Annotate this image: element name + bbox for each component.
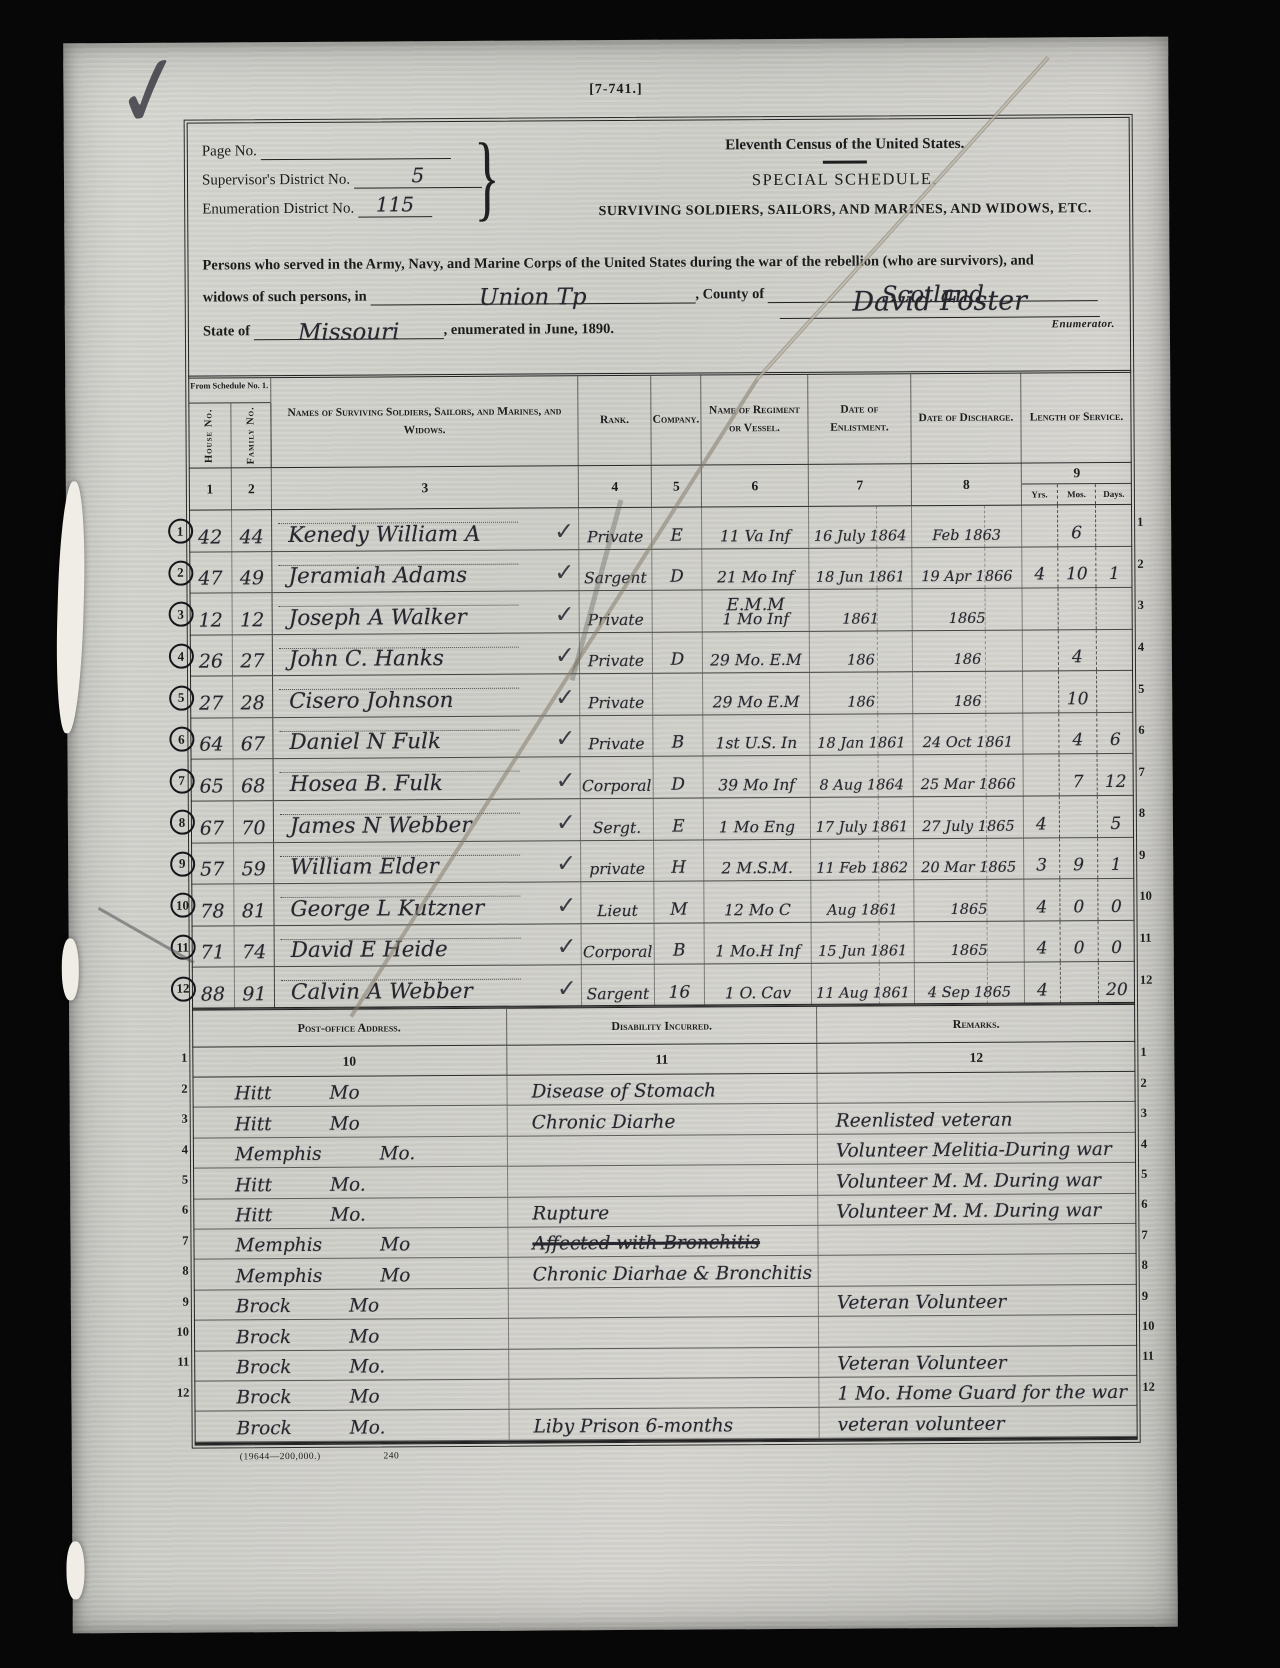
row-circle-number: 10 [170,893,195,918]
enlistment-cell: 8 Aug 1864 [811,756,914,797]
disability-text: Chronic Diarhae & Bronchitis [533,1263,813,1286]
table-body: 42 44 Kenedy William A ✓ Private E 11 Va… [189,505,1135,1010]
post-office-cell: Hitt Mo. [193,1167,508,1198]
months-cell [1061,962,1099,1003]
col-num-5: 5 [652,465,702,506]
company-cell: D [653,632,703,673]
rank-cell: Sergt. [581,799,654,840]
days-cell [1097,588,1133,629]
family-no-cell: 59 [234,843,274,884]
row-circle-number: 1 [168,519,193,544]
post-office-cell: Hitt Mo. [193,1197,508,1228]
company-header: Company. [651,375,702,464]
post-office-cell: Memphis Mo [193,1228,508,1259]
enlistment-cell: Aug 1861 [811,880,914,921]
years-cell: 3 [1024,838,1060,879]
row-number: 9 [1139,834,1161,876]
name-cell: Calvin A Webber ✓ [275,966,582,1008]
years-cell: 4 [1024,880,1060,921]
family-no-cell: 67 [233,718,273,759]
name-cell: George L Kutzner ✓ [274,882,581,924]
name-cell: James N Webber ✓ [274,799,581,841]
soldier-name: Calvin A Webber [291,979,473,1005]
regiment-value: 1 Mo Inf [722,610,789,628]
family-no-cell: 49 [232,552,272,593]
regiment-cell: 2 M.S.M. [704,839,811,880]
disability-cell [509,1287,819,1318]
house-no-cell: 65 [191,760,234,801]
po-city: Brock [236,1357,291,1378]
discharge-cell: 1865 [913,589,1023,630]
check-mark: ✓ [555,725,575,753]
row-number: 7 [162,1222,188,1253]
po-city: Brock [236,1327,291,1348]
soldier-name: William Elder [290,854,439,880]
house-no-cell: 78 [191,885,234,926]
table-row: 42 44 Kenedy William A ✓ Private E 11 Va… [189,505,1132,552]
service-header: Length of Service. [1021,373,1132,463]
row-circle: 12 [168,968,198,1010]
disability-text: Disease of Stomach [532,1081,717,1103]
disability-cell [509,1378,819,1409]
days-cell [1097,671,1133,712]
remarks-cell [818,1224,1136,1255]
discharge-cell: 4 Sep 1865 [915,963,1025,1004]
row-circle-number: 9 [170,852,195,877]
col-num-7: 7 [809,464,912,506]
bottom-row: Brock Mo. Liby Prison 6-months veteran v… [195,1406,1138,1442]
table-row: 47 49 Jeramiah Adams ✓ Sargent D 21 Mo I… [189,546,1132,593]
house-no-cell: 26 [190,635,233,676]
rank-cell: Private [580,591,653,632]
row-number: 8 [163,1252,189,1283]
row-number: 5 [162,1161,188,1192]
column-number-row: 1 2 3 4 5 6 7 8 9 Yrs. Mos. Days. [189,463,1132,511]
years-cell [1023,713,1059,754]
col-num-9-cell: 9 Yrs. Mos. Days. [1022,463,1132,505]
schedule-subtitle: SURVIVING SOLDIERS, SAILORS, AND MARINES… [584,201,1106,220]
house-no-cell: 42 [189,510,232,551]
company-cell: H [654,840,704,881]
row-circle-number: 6 [169,727,194,752]
name-cell: Joseph A Walker ✓ [273,591,580,633]
post-office-cell: Memphis Mo. [193,1137,508,1168]
row-circle: 9 [167,843,197,885]
post-office-cell: Brock Mo [194,1319,509,1350]
months-cell: 9 [1060,838,1098,879]
table-row: 27 28 Cisero Johnson ✓ Private 29 Mo E.M… [190,671,1133,718]
col-num-9: 9 [1022,463,1132,485]
table-row: 78 81 George L Kutzner ✓ Lieut M 12 Mo C… [191,879,1134,926]
remarks-text: 1 Mo. Home Guard for the war [837,1382,1127,1405]
regiment-cell: 1 Mo Eng [704,798,811,839]
months-cell: 6 [1058,505,1096,546]
enumeration-value: 115 [376,192,414,216]
remarks-cell: Veteran Volunteer [819,1346,1137,1377]
rank-cell: Private [580,633,653,674]
discharge-cell: 19 Apr 1866 [912,547,1022,588]
row-number: 9 [1142,1277,1164,1308]
months-cell: 0 [1061,921,1099,962]
days-cell [1096,505,1132,546]
row-circle-number: 4 [168,644,193,669]
years-cell: 4 [1024,796,1060,837]
enlistment-cell: 186 [810,673,913,714]
months-cell: 10 [1058,547,1096,588]
row-circle: 2 [165,552,195,594]
row-circle: 4 [166,635,196,677]
paper-tear [66,1541,84,1599]
po-state: Mo. [330,1205,366,1226]
soldiers-table: From Schedule No. 1. House No. Family No… [188,370,1135,1010]
company-cell [653,591,703,632]
enlistment-cell: 186 [810,631,913,672]
remarks-cell: Volunteer M. M. During war [818,1193,1136,1224]
house-no-cell: 67 [191,801,234,842]
years-cell [1024,755,1060,796]
po-city: Hitt [235,1205,272,1226]
census-page: [7-741.] ✓ Page No. Supervisor's Distric… [63,37,1178,1634]
enumerated-label: , enumerated in June, 1890. [444,321,614,338]
family-no-header: Family No. [243,406,259,464]
company-cell: 16 [655,965,705,1006]
row-number: 1 [1140,1034,1162,1065]
enlistment-cell: 11 Aug 1861 [812,964,915,1005]
years-cell: 4 [1022,547,1058,588]
row-number: 10 [163,1313,189,1344]
remarks-text: veteran volunteer [838,1414,1005,1436]
po-state: Mo [380,1235,410,1256]
bottom-body: Hitt Mo Disease of Stomach Hitt Mo [192,1072,1137,1443]
table-row: 71 74 David E Heide ✓ Corporal B 1 Mo.H … [192,921,1135,968]
row-number: 7 [1141,1216,1163,1247]
print-code-right: 240 [383,1451,399,1461]
soldier-name: Hosea B. Fulk [290,771,443,797]
years-cell [1023,630,1059,671]
check-mark: ✓ [556,933,576,961]
remarks-text: Volunteer M. M. During war [836,1170,1101,1193]
row-number: 9 [163,1283,189,1314]
row-number: 10 [1139,876,1161,918]
rank-cell: Private [579,508,652,549]
left-row-numbers-bottom: 123456789101112 [161,1040,189,1405]
family-no-cell: 70 [234,801,274,842]
regiment-value: 29 Mo. E.M [710,651,802,670]
row-number: 5 [1138,668,1160,710]
house-no-cell: 12 [190,594,233,635]
family-no-cell: 74 [235,926,275,967]
col-num-12: 12 [817,1042,1135,1073]
row-number: 2 [1137,543,1159,585]
rank-cell: Sargent [582,965,655,1006]
col-num-2: 2 [232,468,272,509]
row-circle: 5 [166,677,196,719]
discharge-cell: 24 Oct 1861 [913,713,1023,754]
row-number: 11 [163,1344,189,1375]
table-row: 64 67 Daniel N Fulk ✓ Private B 1st U.S.… [190,713,1133,760]
col-num-10: 10 [192,1046,507,1077]
row-number: 3 [1137,585,1159,627]
soldier-name: Cisero Johnson [289,688,453,714]
regiment-cell: 29 Mo. E.M [703,632,810,673]
regiment-cell: E.M.M 1 Mo Inf [703,590,810,631]
row-number: 6 [1138,710,1160,752]
rank-cell: Sargent [579,549,652,590]
enumerator-label: Enumerator. [765,318,1115,332]
pencil-checkmark: ✓ [108,29,191,156]
name-cell: Cisero Johnson ✓ [273,675,580,717]
discharge-cell: 186 [913,672,1023,713]
row-circle: 8 [167,802,197,844]
row-number: 1 [161,1040,187,1071]
days-cell: 1 [1096,546,1132,587]
family-no-cell: 68 [234,760,274,801]
disability-cell [508,1135,818,1166]
row-circle-number: 11 [170,935,195,960]
regiment-cell: 39 Mo Inf [704,756,811,797]
table-row: 67 70 James N Webber ✓ Sergt. E 1 Mo Eng… [191,796,1134,843]
months-cell [1059,588,1097,629]
disability-cell: Liby Prison 6-months [510,1408,820,1439]
row-circle-number: 12 [170,976,195,1001]
discharge-cell: 1865 [915,921,1025,962]
company-cell: B [655,923,705,964]
remarks-cell: veteran volunteer [820,1406,1138,1437]
col-num-6: 6 [702,465,809,507]
discharge-cell: 27 July 1865 [914,797,1024,838]
regiment-value: 29 Mo E.M [713,693,800,712]
po-state: Mo [349,1326,379,1347]
discharge-cell: 186 [913,630,1023,671]
house-no-cell: 57 [191,843,234,884]
post-office-header: Post-office Address. [192,1009,507,1047]
soldier-name: John C. Hanks [289,646,444,672]
enlistment-cell: 18 Jun 1861 [809,548,912,589]
name-cell: Daniel N Fulk ✓ [273,716,580,758]
company-cell: D [654,757,704,798]
rank-cell: Lieut [581,882,654,923]
remarks-cell: Volunteer M. M. During war [818,1163,1136,1194]
row-number: 10 [1142,1307,1164,1338]
months-cell: 0 [1060,879,1098,920]
names-header: Names of Surviving Soldiers, Sailors, an… [271,376,579,467]
enlistment-cell: 16 July 1864 [809,506,912,547]
intro-line2-label: widows of such persons, in [203,289,367,306]
remarks-text: Veteran Volunteer [837,1353,1007,1375]
check-mark: ✓ [555,766,575,794]
brace-glyph: } [474,137,500,217]
soldier-name: Jeramiah Adams [288,563,467,589]
right-row-numbers-bottom: 123456789101112 [1140,1034,1164,1399]
po-state: Mo. [349,1357,385,1378]
regiment-note: E.M.M [727,600,785,610]
check-mark: ✓ [556,891,576,919]
state-label: State of [203,323,250,339]
page-no-blank [261,141,451,160]
years-cell [1023,588,1059,629]
discharge-cell: 25 Mar 1866 [914,755,1024,796]
remarks-text: Volunteer M. M. During war [836,1200,1101,1223]
col-num-8: 8 [912,464,1022,506]
regiment-value: 11 Va Inf [720,527,791,545]
name-cell: William Elder ✓ [274,841,581,883]
row-number: 8 [1142,1247,1164,1278]
scan-background: [7-741.] ✓ Page No. Supervisor's Distric… [0,0,1280,1668]
page-no-row: Page No. [202,141,482,161]
disability-text: Rupture [532,1203,609,1224]
po-state: Mo [330,1113,360,1134]
po-state: Mo [350,1387,380,1408]
post-office-cell: Hitt Mo [193,1106,508,1137]
name-cell: Kenedy William A ✓ [272,508,579,550]
regiment-cell: 11 Va Inf [702,507,809,548]
col-num-3: 3 [272,466,579,509]
days-cell: 1 [1098,837,1134,878]
enlistment-cell: 11 Feb 1862 [811,839,914,880]
discharge-header: Date of Discharge. [911,374,1022,464]
months-cell [1060,796,1098,837]
remarks-text: Volunteer Melitia-During war [836,1139,1112,1162]
remarks-cell: Volunteer Melitia-During war [818,1133,1136,1164]
row-number: 11 [1140,917,1162,959]
remarks-cell: Reenlisted veteran [818,1102,1136,1133]
check-mark: ✓ [555,642,575,670]
family-no-cell: 12 [233,593,273,634]
district-block: Page No. Supervisor's District No. 5 Enu… [202,141,483,230]
supervisor-value: 5 [411,163,424,187]
enumeration-blank: 115 [358,199,432,217]
row-circle: 3 [166,594,196,636]
row-number: 11 [1142,1338,1164,1369]
enlistment-cell: 18 Jan 1861 [810,714,913,755]
regiment-cell: 1st U.S. In [703,715,810,756]
row-number: 1 [1137,502,1159,544]
right-row-numbers-top: 123456789101112 [1137,502,1162,1001]
months-cell: 10 [1059,671,1097,712]
company-cell: M [654,882,704,923]
disability-header: Disability Incurred. [507,1007,817,1045]
days-cell: 0 [1099,921,1135,962]
print-code: (19644—200,000.) 240 [240,1451,400,1462]
name-cell: Jeramiah Adams ✓ [272,550,579,592]
name-cell: John C. Hanks ✓ [273,633,580,675]
county-label: , County of [695,286,764,302]
disability-cell [508,1165,818,1196]
row-circle: 11 [168,926,198,968]
table-header: From Schedule No. 1. House No. Family No… [188,373,1132,469]
house-no-cell: 27 [190,677,233,718]
discharge-cell: Feb 1863 [912,506,1022,547]
days-cell: 12 [1098,754,1134,795]
check-mark: ✓ [555,683,575,711]
house-no-cell: 64 [190,718,233,759]
family-no-cell: 27 [233,635,273,676]
remarks-cell [819,1315,1137,1346]
title-block: Eleventh Census of the United States. SP… [584,135,1106,220]
check-mark: ✓ [556,808,576,836]
row-circle-number: 8 [169,810,194,835]
years-cell: 4 [1025,963,1061,1004]
regiment-cell: 1 Mo.H Inf [705,923,812,964]
state-value: Missouri [298,319,400,346]
regiment-value: 1 Mo.H Inf [715,942,800,961]
state-blank: Missouri [254,319,444,340]
row-number: 12 [1140,959,1162,1001]
enumerator-signature: David Foster [780,285,1100,319]
company-cell: E [652,507,702,548]
house-no-header: House No. [202,408,218,463]
table-row: 57 59 William Elder ✓ private H 2 M.S.M.… [191,837,1134,884]
form-code: [7-741.] [63,79,1168,102]
rank-cell: Private [580,716,653,757]
row-number: 2 [161,1070,187,1101]
check-mark: ✓ [554,517,574,545]
name-cell: David E Heide ✓ [275,924,582,966]
col-num-11: 11 [507,1044,817,1075]
row-number: 8 [1139,793,1161,835]
paper-tear [54,481,87,734]
row-number: 4 [1141,1125,1163,1156]
enlistment-header: Date of Enlistment. [808,374,912,464]
years-cell: 4 [1025,921,1061,962]
disability-struck-text: Affected with Bronchitis [532,1233,760,1255]
family-no-cell: 91 [235,967,275,1008]
disability-cell: Rupture [508,1195,818,1226]
regiment-value: 2 M.S.M. [721,859,792,877]
row-number: 2 [1140,1064,1162,1095]
post-office-cell: Brock Mo [194,1289,509,1320]
service-subheaders: Yrs. Mos. Days. [1022,484,1132,505]
row-number: 12 [163,1374,189,1405]
paper-tear [62,938,79,1000]
disability-cell: Chronic Diarhe [508,1104,818,1135]
left-row-circles: 123456789101112 [165,511,198,1010]
regiment-value: 1 O. Cav [725,984,791,1002]
yrs-subheader: Yrs. [1022,484,1058,504]
disability-text: Liby Prison 6-months [534,1415,734,1437]
row-number: 7 [1138,751,1160,793]
soldier-name: Daniel N Fulk [289,730,441,756]
po-city: Memphis [236,1266,323,1288]
po-state: Mo [349,1296,379,1317]
row-circle: 7 [167,760,197,802]
col-num-1: 1 [189,468,232,509]
post-office-cell: Brock Mo. [194,1349,509,1380]
po-city: Brock [236,1387,291,1408]
title-divider [823,160,867,163]
remarks-text: Veteran Volunteer [837,1292,1007,1314]
days-cell [1097,630,1133,671]
supervisor-label: Supervisor's District No. [202,172,350,189]
page-no-label: Page No. [202,143,257,159]
enlistment-cell: 17 July 1861 [811,797,914,838]
enlistment-cell: 15 Jun 1861 [812,922,915,963]
check-mark: ✓ [554,600,574,628]
row-number: 12 [1142,1368,1164,1399]
check-mark: ✓ [554,558,574,586]
days-cell: 5 [1098,796,1134,837]
row-number: 3 [1141,1095,1163,1126]
soldier-name: David E Heide [291,937,448,963]
enlistment-cell: 1861 [810,589,913,630]
remarks-cell [817,1072,1135,1103]
regiment-cell: 12 Mo C [704,881,811,922]
po-city: Brock [237,1418,292,1439]
print-code-left: (19644—200,000.) [240,1452,321,1462]
post-office-cell: Brock Mo. [195,1410,510,1441]
soldier-name: Joseph A Walker [289,605,467,631]
company-cell: E [654,799,704,840]
